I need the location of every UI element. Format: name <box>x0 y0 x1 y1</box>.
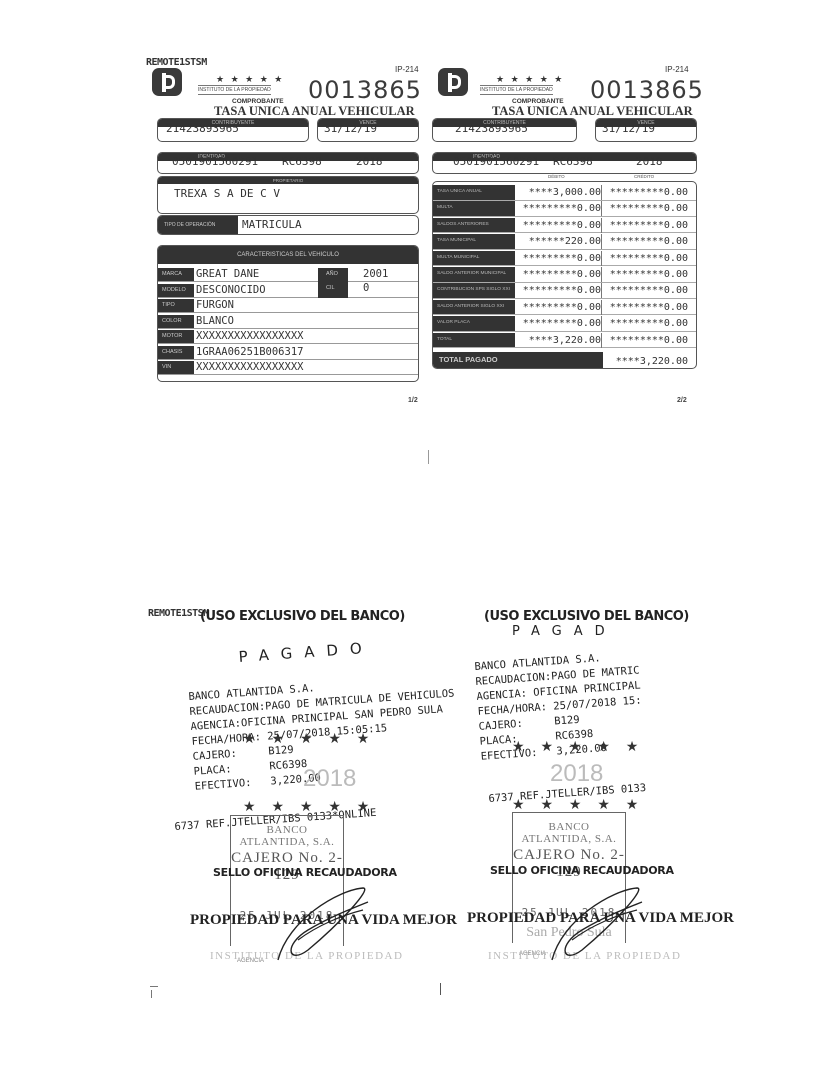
placa-value: RC6398 <box>282 155 322 168</box>
charge-debito: ****3,220.00 <box>513 333 601 348</box>
vehicle-row: COLORBLANCO <box>158 315 418 329</box>
charge-row: TASA UNICA ANUAL****3,000.00*********0.0… <box>433 185 696 201</box>
ghost-year: 2018 <box>303 765 356 793</box>
bank-stamp-2: (USO EXCLUSIVO DEL BANCO) PAGAD BANCO AT… <box>462 600 722 970</box>
tipo-operacion-box: TIPO DE OPERACIÓN MATRICULA <box>157 215 419 235</box>
scan-mark <box>150 986 158 987</box>
tipo-operacion-label: TIPO DE OPERACIÓN <box>158 216 238 234</box>
receipt-title: TASA UNICA ANUAL VEHICULAR <box>492 104 693 119</box>
form-code: IP-214 <box>395 65 419 74</box>
anio-value: 2018 <box>356 155 383 168</box>
stamp-bank-name: BANCO ATLANTIDA, S.A. <box>513 821 625 845</box>
form-code: IP-214 <box>665 65 689 74</box>
anio-value: 2018 <box>636 155 663 168</box>
charge-debito: ****3,000.00 <box>513 185 601 200</box>
charge-label: SALDO ANTERIOR SIGLO XXI <box>433 300 515 315</box>
charge-row: SALDO ANTERIOR SIGLO XXI*********0.00***… <box>433 300 696 316</box>
cil-label: CIL <box>318 280 348 296</box>
vehicle-row-label: MARCA <box>158 268 194 281</box>
signature <box>268 880 378 970</box>
institute-logo-icon <box>438 68 468 96</box>
charge-row: SALDOS ANTERIORES*********0.00*********0… <box>433 218 696 234</box>
paid-status: PAGADO <box>238 639 374 666</box>
charge-credito: *********0.00 <box>601 185 688 200</box>
bank-use-title: (USO EXCLUSIVO DEL BANCO) <box>200 609 405 624</box>
charge-credito: *********0.00 <box>601 234 688 249</box>
vehicle-row-label: COLOR <box>158 315 194 328</box>
vehicle-row-value: FURGON <box>196 299 234 312</box>
charges-table: TASA UNICA ANUAL****3,000.00*********0.0… <box>432 181 697 369</box>
vehicle-row: MOTORXXXXXXXXXXXXXXXXX <box>158 330 418 344</box>
sello-oficina: SELLO OFICINA RECAUDADORA <box>213 866 397 879</box>
vence-value: 31/12/19 <box>602 122 655 135</box>
vehicle-row-value: BLANCO <box>196 315 234 328</box>
charge-debito: *********0.00 <box>513 267 601 282</box>
charge-debito: *********0.00 <box>513 201 601 216</box>
charge-debito: *********0.00 <box>513 218 601 233</box>
page-number: 1/2 <box>408 397 418 404</box>
institute-logo-icon <box>152 68 182 96</box>
charge-credito: *********0.00 <box>601 251 688 266</box>
cil-value: 0 <box>363 282 369 294</box>
vehicle-row-label: CHASIS <box>158 346 194 359</box>
vehicle-row: CHASIS1GRAA06251B006317 <box>158 346 418 360</box>
placa-value: RC6398 <box>553 155 593 168</box>
bank-use-title: (USO EXCLUSIVO DEL BANCO) <box>484 609 689 624</box>
charge-label: TOTAL <box>433 333 515 348</box>
charge-debito: *********0.00 <box>513 283 601 298</box>
charge-row: TOTAL****3,220.00*********0.00 <box>433 333 696 349</box>
vehicle-row: TIPOFURGON <box>158 299 418 313</box>
charge-label: SALDO ANTERIOR MUNICIPAL <box>433 267 515 282</box>
credito-column-header: CRÉDITO <box>634 174 654 179</box>
charge-credito: *********0.00 <box>601 300 688 315</box>
charge-label: TASA MUNICIPAL <box>433 234 515 249</box>
charge-label: MULTA MUNICIPAL <box>433 251 515 266</box>
charge-row: VALOR PLACA*********0.00*********0.00 <box>433 316 696 332</box>
institute-name: INSTITUTO DE LA PROPIEDAD <box>198 85 271 95</box>
charge-row: MULTA MUNICIPAL*********0.00*********0.0… <box>433 251 696 267</box>
charge-label: CONTRIBUCION SPS SIGLO XXI <box>433 283 515 298</box>
total-pagado-row: TOTAL PAGADO <box>433 352 603 368</box>
folio-number: 0013865 <box>308 76 422 104</box>
contribuyente-value: 21423893965 <box>166 122 239 135</box>
charge-label: TASA UNICA ANUAL <box>433 185 515 200</box>
sello-oficina: SELLO OFICINA RECAUDADORA <box>490 864 674 877</box>
institute-stars: ★ ★ ★ ★ ★ <box>496 74 564 85</box>
charge-row: SALDO ANTERIOR MUNICIPAL*********0.00***… <box>433 267 696 283</box>
bank-stamp-1: REMOTE1STSM (USO EXCLUSIVO DEL BANCO) PA… <box>148 600 448 970</box>
charge-debito: ******220.00 <box>513 234 601 249</box>
vehicle-row-value: DESCONOCIDO <box>196 284 266 297</box>
vehicle-row: MODELODESCONOCIDO <box>158 284 418 298</box>
charge-debito: *********0.00 <box>513 251 601 266</box>
anio-cil-label-block: AÑO CIL <box>318 268 348 298</box>
vehicle-row-label: MODELO <box>158 284 194 297</box>
charge-row: CONTRIBUCION SPS SIGLO XXI*********0.00*… <box>433 283 696 299</box>
signature <box>542 880 652 970</box>
total-pagado-value: ****3,220.00 <box>616 356 688 367</box>
paid-status: PAGAD <box>512 624 617 639</box>
charge-label: SALDOS ANTERIORES <box>433 218 515 233</box>
vehicle-row: VINXXXXXXXXXXXXXXXXX <box>158 361 418 375</box>
charge-credito: *********0.00 <box>601 218 688 233</box>
vehicle-characteristics: CARACTERISTICAS DEL VEHICULO MARCAGREAT … <box>157 245 419 382</box>
vehicle-row-label: VIN <box>158 361 194 374</box>
receipt-page-1: ★ ★ ★ ★ ★ INSTITUTO DE LA PROPIEDAD IP-2… <box>150 60 422 405</box>
identidad-value: 0501901560291 <box>172 155 258 168</box>
vence-box: VENCE 31/12/19 <box>317 118 419 142</box>
charge-label: MULTA <box>433 201 515 216</box>
vehicle-row-value: XXXXXXXXXXXXXXXXX <box>196 330 303 343</box>
folio-number: 0013865 <box>590 76 704 104</box>
receipt-title: TASA UNICA ANUAL VEHICULAR <box>214 104 415 119</box>
stamp-bank-name: BANCO ATLANTIDA, S.A. <box>231 824 343 848</box>
vehicle-row-label: TIPO <box>158 299 194 312</box>
contribuyente-value: 21423893965 <box>455 122 528 135</box>
vehicle-row-value: 1GRAA06251B006317 <box>196 346 303 359</box>
receipt-page-2: ★ ★ ★ ★ ★ INSTITUTO DE LA PROPIEDAD IP-2… <box>430 60 702 405</box>
identidad-box: IDENTIDAD 0501901560291 RC6398 2018 <box>432 152 697 174</box>
identidad-value: 0501901560291 <box>453 155 539 168</box>
charge-row: MULTA*********0.00*********0.00 <box>433 201 696 217</box>
vence-box: VENCE 31/12/19 <box>595 118 697 142</box>
charge-credito: *********0.00 <box>601 201 688 216</box>
propietario-label: PROPIETARIO <box>158 177 418 184</box>
charge-credito: *********0.00 <box>601 283 688 298</box>
vehicle-characteristics-title: CARACTERISTICAS DEL VEHICULO <box>158 246 418 264</box>
charge-credito: *********0.00 <box>601 316 688 331</box>
contribuyente-box: CONTRIBUYENTE 21423893965 <box>432 118 577 142</box>
vehicle-row-label: MOTOR <box>158 330 194 343</box>
propietario-box: PROPIETARIO TREXA S A DE C V <box>157 176 419 214</box>
page-number: 2/2 <box>677 397 687 404</box>
propietario-value: TREXA S A DE C V <box>174 187 280 200</box>
charge-debito: *********0.00 <box>513 316 601 331</box>
debito-column-header: DÉBITO <box>548 174 565 179</box>
charge-credito: *********0.00 <box>601 333 688 348</box>
anio-vehiculo-value: 2001 <box>363 268 388 280</box>
scan-mark <box>151 990 152 998</box>
institute-stars: ★ ★ ★ ★ ★ <box>216 74 284 85</box>
stars-decoration: ★ ★ ★ ★ ★ <box>512 738 644 755</box>
institute-name: INSTITUTO DE LA PROPIEDAD <box>480 85 553 95</box>
scan-mark <box>440 983 441 995</box>
charge-label: VALOR PLACA <box>433 316 515 331</box>
vehicle-row-value: GREAT DANE <box>196 268 259 281</box>
scan-mark <box>428 450 429 464</box>
identidad-box: IDENTIDAD 0501901560291 RC6398 2018 <box>157 152 419 174</box>
contribuyente-box: CONTRIBUYENTE 21423893965 <box>157 118 309 142</box>
total-pagado-label: TOTAL PAGADO <box>433 352 603 368</box>
charge-debito: *********0.00 <box>513 300 601 315</box>
vehicle-row-value: XXXXXXXXXXXXXXXXX <box>196 361 303 374</box>
stars-decoration: ★ ★ ★ ★ ★ <box>243 730 375 747</box>
charge-row: TASA MUNICIPAL******220.00*********0.00 <box>433 234 696 250</box>
charge-credito: *********0.00 <box>601 267 688 282</box>
vence-value: 31/12/19 <box>324 122 377 135</box>
anio-vehiculo-label: AÑO <box>318 268 348 280</box>
tipo-operacion-value: MATRICULA <box>242 218 302 231</box>
